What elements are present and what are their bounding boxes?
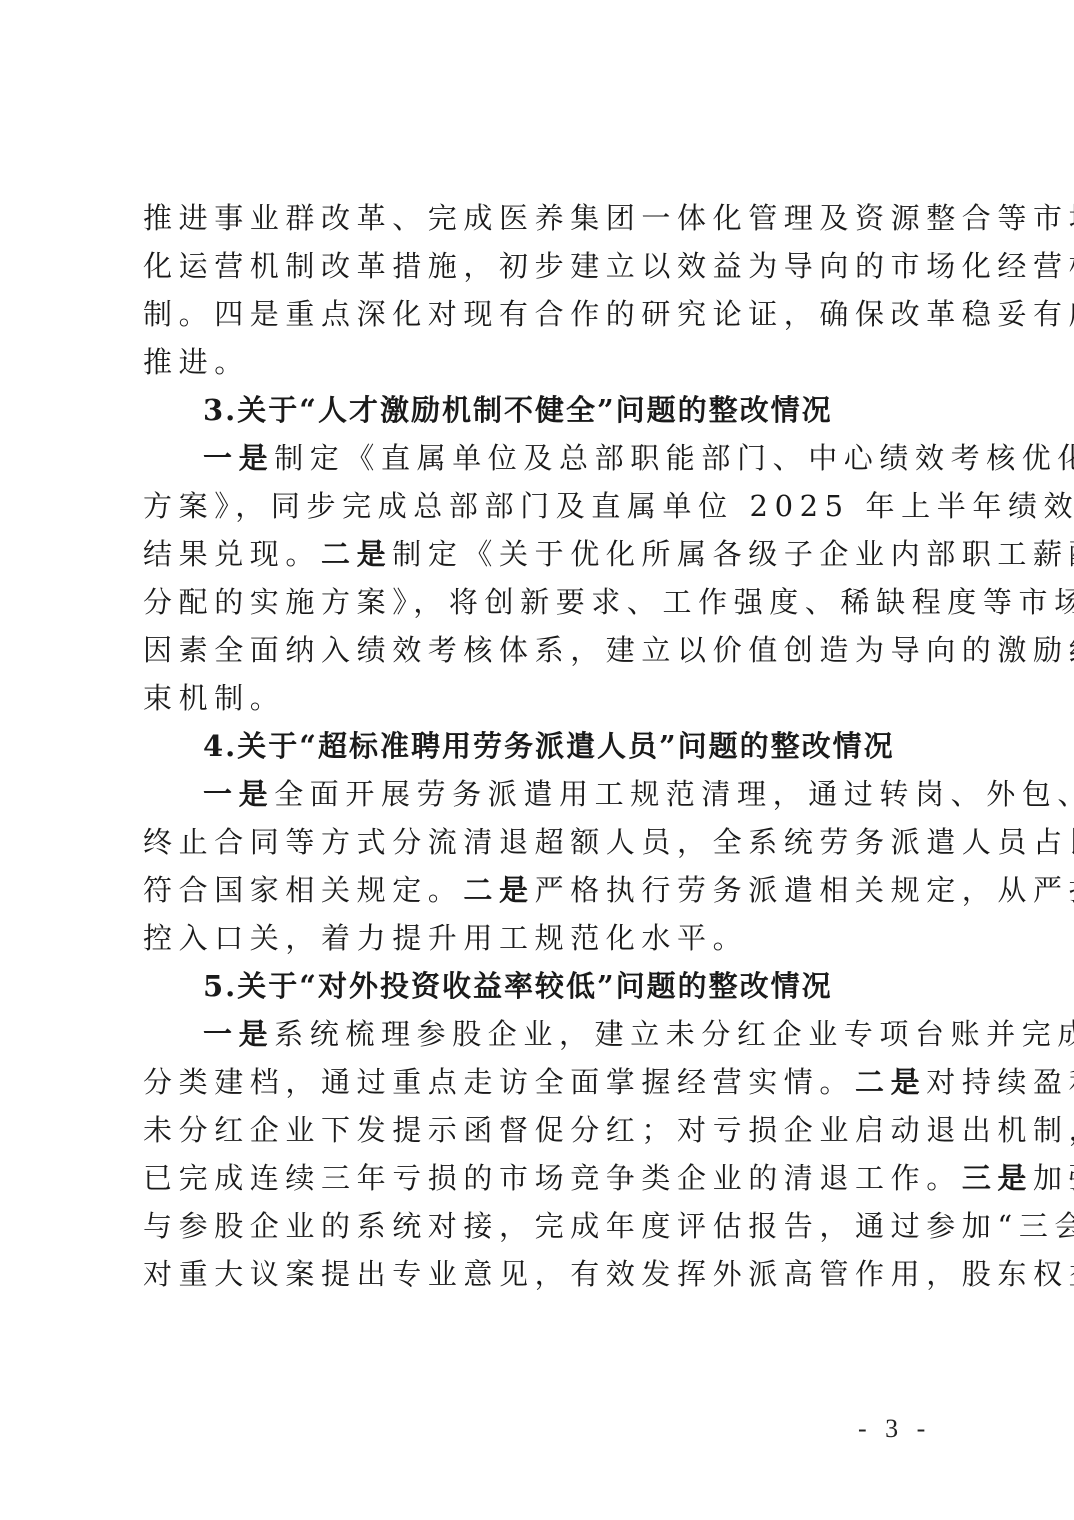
text-run: 全面开展劳务派遣用工规范清理，通过转岗、外包、: [274, 777, 1074, 811]
text-line: 一是全面开展劳务派遣用工规范清理，通过转岗、外包、: [143, 770, 935, 818]
text-line: 推进事业群改革、完成医养集团一体化管理及资源整合等市场: [143, 194, 935, 242]
text-run: 制定《直属单位及总部职能部门、中心绩效考核优化: [274, 441, 1074, 475]
text-line: 化运营机制改革措施，初步建立以效益为导向的市场化经营机: [143, 242, 935, 290]
text-line: 一是制定《直属单位及总部职能部门、中心绩效考核优化: [143, 434, 935, 482]
bold-lead: 二是: [321, 537, 392, 571]
bold-lead: 三是: [962, 1161, 1033, 1195]
bold-lead: 一是: [203, 777, 274, 811]
bold-lead: 一是: [203, 441, 274, 475]
text-line: 对重大议案提出专业意见，有效发挥外派高管作用，股东权益: [143, 1250, 935, 1298]
text-line: 一是系统梳理参股企业，建立未分红企业专项台账并完成: [143, 1010, 935, 1058]
text-line: 控入口关，着力提升用工规范化水平。: [143, 914, 935, 962]
text-line: 已完成连续三年亏损的市场竞争类企业的清退工作。三是加强: [143, 1154, 935, 1202]
section-heading: 4.关于“超标准聘用劳务派遣人员”问题的整改情况: [143, 722, 935, 770]
text-run: 对持续盈利: [926, 1065, 1074, 1099]
text-run: 已完成连续三年亏损的市场竞争类企业的清退工作。: [143, 1161, 962, 1195]
text-run: 制定《关于优化所属各级子企业内部职工薪酬: [392, 537, 1074, 571]
text-line: 制。四是重点深化对现有合作的研究论证，确保改革稳妥有序: [143, 290, 935, 338]
text-line: 终止合同等方式分流清退超额人员，全系统劳务派遣人员占比: [143, 818, 935, 866]
bold-lead: 一是: [203, 1017, 274, 1051]
text-run: 加强: [1033, 1161, 1074, 1195]
section-heading: 5.关于“对外投资收益率较低”问题的整改情况: [143, 962, 935, 1010]
text-line: 分类建档，通过重点走访全面掌握经营实情。二是对持续盈利: [143, 1058, 935, 1106]
text-line: 因素全面纳入绩效考核体系，建立以价值创造为导向的激励约: [143, 626, 935, 674]
text-line: 未分红企业下发提示函督促分红；对亏损企业启动退出机制，: [143, 1106, 935, 1154]
text-line: 束机制。: [143, 674, 935, 722]
document-page: 推进事业群改革、完成医养集团一体化管理及资源整合等市场 化运营机制改革措施，初步…: [143, 194, 935, 1298]
bold-lead: 二是: [855, 1065, 926, 1099]
text-run: 严格执行劳务派遣相关规定，从严把: [535, 873, 1074, 907]
bold-lead: 二是: [463, 873, 534, 907]
text-line: 方案》，同步完成总部部门及直属单位 2025 年上半年绩效考核: [143, 482, 935, 530]
section-5: 5.关于“对外投资收益率较低”问题的整改情况 一是系统梳理参股企业，建立未分红企…: [143, 962, 935, 1298]
text-line: 结果兑现。二是制定《关于优化所属各级子企业内部职工薪酬: [143, 530, 935, 578]
section-3: 3.关于“人才激励机制不健全”问题的整改情况 一是制定《直属单位及总部职能部门、…: [143, 386, 935, 722]
text-run: 分类建档，通过重点走访全面掌握经营实情。: [143, 1065, 855, 1099]
text-line: 与参股企业的系统对接，完成年度评估报告，通过参加“三会”: [143, 1202, 935, 1250]
text-run: 结果兑现。: [143, 537, 321, 571]
paragraph-continuation: 推进事业群改革、完成医养集团一体化管理及资源整合等市场 化运营机制改革措施，初步…: [143, 194, 935, 386]
text-line: 分配的实施方案》，将创新要求、工作强度、稀缺程度等市场化: [143, 578, 935, 626]
text-line: 符合国家相关规定。二是严格执行劳务派遣相关规定，从严把: [143, 866, 935, 914]
page-number: - 3 -: [858, 1414, 931, 1444]
text-run: 符合国家相关规定。: [143, 873, 463, 907]
section-heading: 3.关于“人才激励机制不健全”问题的整改情况: [143, 386, 935, 434]
text-run: 系统梳理参股企业，建立未分红企业专项台账并完成: [274, 1017, 1074, 1051]
text-line: 推进。: [143, 338, 935, 386]
section-4: 4.关于“超标准聘用劳务派遣人员”问题的整改情况 一是全面开展劳务派遣用工规范清…: [143, 722, 935, 962]
